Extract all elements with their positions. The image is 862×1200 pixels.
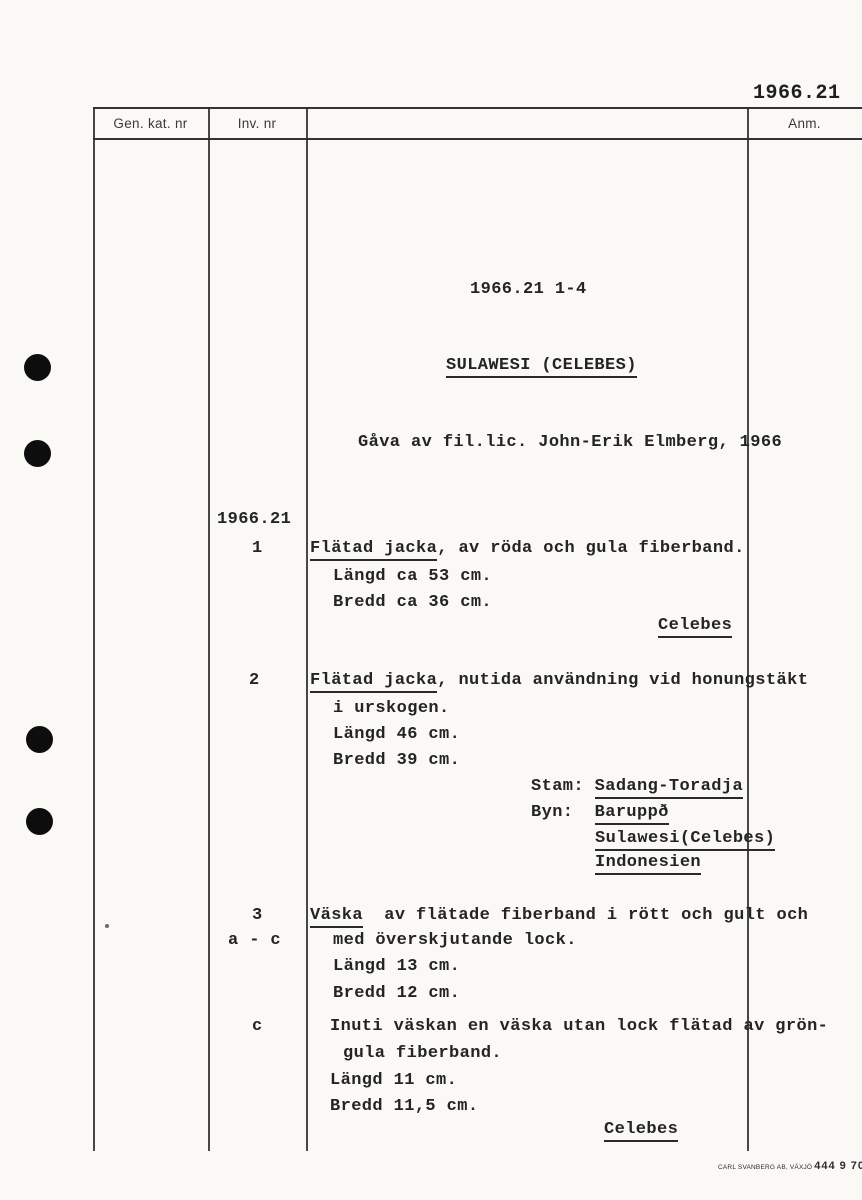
item-location-line: Sulawesi(Celebes)	[595, 829, 775, 849]
item-title: Flätad jacka	[310, 671, 437, 693]
item-description: , av röda och gula fiberband.	[437, 539, 744, 558]
item-description-line: Inuti väskan en väska utan lock flätad a…	[330, 1017, 828, 1037]
item-description: , nutida användning vid honungstäkt	[437, 671, 808, 690]
printer-name: CARL SVANBERG AB, VÄXJÖ	[718, 1164, 814, 1171]
item-description-cont: med överskjutande lock.	[333, 931, 577, 951]
item-description: av flätade fiberband i rött och gult och	[363, 906, 808, 925]
region-heading: SULAWESI (CELEBES)	[446, 356, 637, 376]
item-number: 1	[252, 539, 263, 559]
item-title: Flätad jacka	[310, 539, 437, 561]
catalog-range-heading: 1966.21 1-4	[470, 280, 587, 300]
item-tribe-line: Stam: Sadang-Toradja	[531, 777, 743, 797]
item-description-cont: i urskogen.	[333, 699, 450, 719]
item-origin-text: Celebes	[658, 616, 732, 638]
donation-line: Gåva av fil.lic. John-Erik Elmberg, 1966	[358, 433, 782, 453]
item-measure-width: Bredd 11,5 cm.	[330, 1097, 478, 1117]
punch-hole	[26, 726, 53, 753]
tribe-label: Stam:	[531, 777, 595, 796]
item-title-line: Flätad jacka, av röda och gula fiberband…	[310, 539, 745, 559]
column-header-inv-nr: Inv. nr	[208, 116, 306, 131]
item-subnumbers: a - c	[228, 931, 281, 951]
item-origin: Celebes	[604, 1120, 678, 1140]
page-reference-number: 1966.21	[753, 82, 841, 105]
column-divider-main-anm	[747, 107, 749, 1151]
scan-speck	[105, 924, 109, 928]
item-title-line: Väska av flätade fiberband i rött och gu…	[310, 906, 808, 926]
item-origin: Celebes	[658, 616, 732, 636]
column-header-gen-kat-nr: Gen. kat. nr	[93, 116, 208, 131]
column-divider-genkat-inv	[208, 107, 210, 1151]
catalog-scan-page: 1966.21 Gen. kat. nr Inv. nr Anm. 1966.2…	[0, 0, 862, 1200]
item-description-cont: gula fiberband.	[343, 1044, 502, 1064]
item-village-line: Byn: Baruppð	[531, 803, 669, 823]
item-title-line: Flätad jacka, nutida användning vid honu…	[310, 671, 808, 691]
item-measure-length: Längd 13 cm.	[333, 957, 460, 977]
punch-hole	[24, 440, 51, 467]
item-number: 2	[249, 671, 260, 691]
punch-hole	[26, 808, 53, 835]
item-measure-length: Längd ca 53 cm.	[333, 567, 492, 587]
item-measure-width: Bredd 12 cm.	[333, 984, 460, 1004]
column-divider-inv-main	[306, 107, 308, 1151]
inventory-year: 1966.21	[217, 510, 291, 530]
item-country-line: Indonesien	[595, 853, 701, 873]
village-value: Baruppð	[595, 803, 669, 825]
tribe-value: Sadang-Toradja	[595, 777, 743, 799]
item-measure-width: Bredd ca 36 cm.	[333, 593, 492, 613]
item-measure-length: Längd 11 cm.	[330, 1071, 457, 1091]
item-number: 3	[252, 906, 263, 926]
item-title: Väska	[310, 906, 363, 928]
region-heading-text: SULAWESI (CELEBES)	[446, 356, 637, 378]
item-number: c	[252, 1017, 263, 1037]
column-header-anm: Anm.	[747, 116, 862, 131]
location-value: Sulawesi(Celebes)	[595, 829, 775, 851]
village-label: Byn:	[531, 803, 595, 822]
printer-code: 444 9 70	[814, 1160, 862, 1172]
item-measure-length: Längd 46 cm.	[333, 725, 460, 745]
table-left-border	[93, 107, 95, 1151]
item-measure-width: Bredd 39 cm.	[333, 751, 460, 771]
punch-hole	[24, 354, 51, 381]
country-value: Indonesien	[595, 853, 701, 875]
printer-imprint: CARL SVANBERG AB, VÄXJÖ 444 9 70	[718, 1156, 862, 1174]
item-origin-text: Celebes	[604, 1120, 678, 1142]
